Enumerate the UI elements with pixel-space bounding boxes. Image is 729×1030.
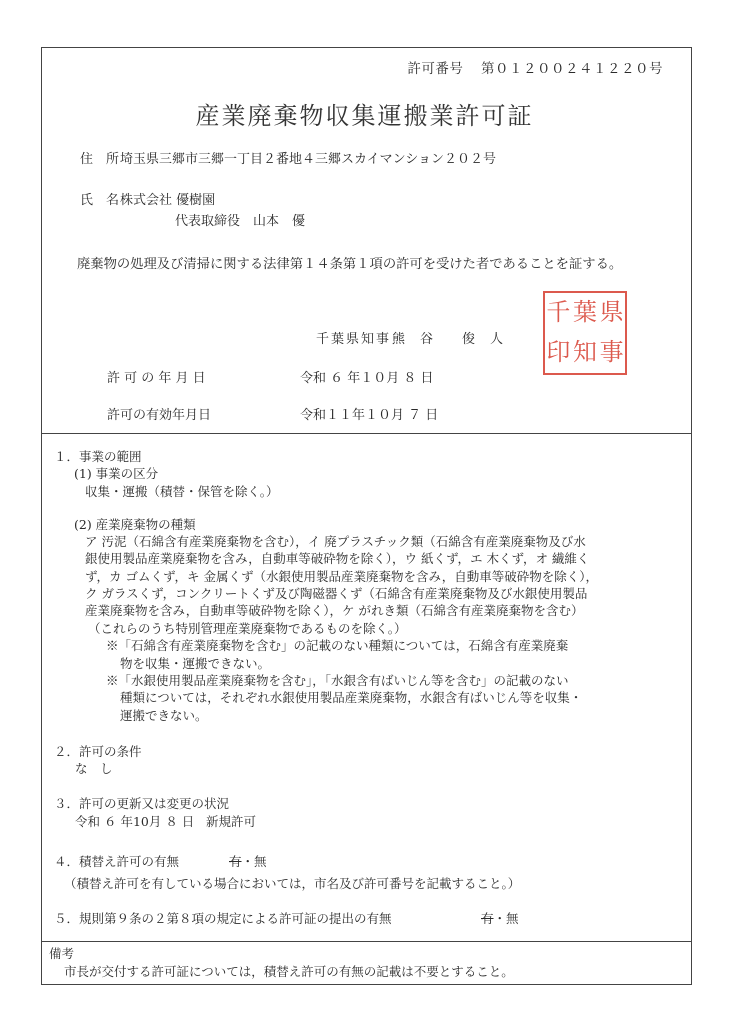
issuer-title: 千葉県知事 [316,332,391,348]
seal-char: 事 [598,333,625,373]
section-1-1-heading: (1) 事業の区分 [74,466,158,482]
note-mercury: ※「水銀使用製品産業廃棄物を含む」，「水銀含有ばいじん等を含む」の記載のない [106,673,569,689]
certificate-frame [41,47,692,985]
choice-yes-struck: 有 [229,854,242,869]
permit-date-label: 許 可 の 年 月 日 [107,371,206,387]
remarks-divider [41,941,692,942]
expiry-date-label: 許可の有効年月日 [107,408,211,424]
section-4-note: （積替え許可を有している場合においては，市名及び許可番号を記載すること。） [64,876,520,892]
choice-no: 無 [506,911,519,926]
section-1-1-body: 収集・運搬（積替・保管を除く。） [85,484,279,500]
seal-char: 印 [545,333,572,373]
waste-types-line: （これらのうち特別管理産業廃棄物であるものを除く。） [88,621,407,637]
section-4-choice: 有・無 [229,854,267,870]
section-2-body: な し [75,761,113,777]
note-mercury: 種類については，それぞれ水銀使用製品産業廃棄物，水銀含有ばいじん等を収集・ [120,690,582,706]
permit-number: 許可番号 第０１２００２４１２２０号 [407,61,663,77]
header-divider [41,433,692,434]
official-seal: 千 葉 県 印 知 事 [543,291,627,375]
section-2-heading: ２．許可の条件 [54,744,142,760]
remarks-body: 市長が交付する許可証については，積替え許可の有無の記載は不要とすること。 [64,964,514,980]
note-asbestos: 物を収集・運搬できない。 [120,656,270,672]
permit-number-value: 第０１２００２４１２２０号 [481,61,663,77]
section-5-choice: 有・無 [481,911,519,927]
note-mercury: 運搬できない。 [120,708,208,724]
expiry-date-value: 令和１１年１０月 ７ 日 [300,408,438,424]
certification-statement: 廃棄物の処理及び清掃に関する法律第１４条第１項の許可を受けた者であることを証する… [77,257,622,273]
choice-separator: ・ [494,911,507,926]
waste-types-line: 産業廃棄物を含み，自動車等破砕物を除く），ケ がれき類（石綿含有産業廃棄物を含む… [85,603,583,619]
section-1-2-heading: (2) 産業廃棄物の種類 [74,517,196,533]
address-label: 住 所 [80,152,119,168]
seal-char: 知 [572,333,599,373]
issuer-name: 熊 谷 俊 人 [392,332,504,348]
seal-char: 県 [598,293,625,333]
permit-number-label: 許可番号 [407,61,463,77]
address-value: 埼玉県三郷市三郷一丁目２番地４三郷スカイマンション２０２号 [120,152,496,168]
section-5-heading: ５．規則第９条の２第８項の規定による許可証の提出の有無 [54,911,392,927]
name-label: 氏 名 [80,193,119,209]
section-3-date: 令和 ６ 年10月 ８ 日 [75,814,194,830]
choice-no: 無 [254,854,267,869]
seal-char: 葉 [572,293,599,333]
section-3-heading: ３．許可の更新又は変更の状況 [54,796,229,812]
company-name: 株式会社 優樹園 [120,193,215,209]
choice-yes-struck: 有 [481,911,494,926]
note-asbestos: ※「石綿含有産業廃棄物を含む」の記載のない種類については，石綿含有産業廃棄 [106,638,568,654]
section-1-heading: １．事業の範囲 [54,449,142,465]
seal-char: 千 [545,293,572,333]
section-3-status: 新規許可 [206,814,256,830]
waste-types-line: 銀使用製品産業廃棄物を含み，自動車等破砕物を除く），ウ 紙くず，エ 木くず，オ … [85,551,589,567]
permit-date-value: 令和 ６ 年１０月 ８ 日 [300,371,434,387]
remarks-heading: 備考 [49,946,74,962]
choice-separator: ・ [242,854,255,869]
section-4-heading: ４．積替え許可の有無 [54,854,179,870]
waste-types-line: ク ガラスくず，コンクリートくず及び陶磁器くず（石綿含有産業廃棄物及び水銀使用製… [85,586,587,602]
document-title: 産業廃棄物収集運搬業許可証 [0,101,729,131]
waste-types-line: ア 汚泥（石綿含有産業廃棄物を含む），イ 廃プラスチック類（石綿含有産業廃棄物及… [85,534,586,550]
representative: 代表取締役 山本 優 [175,214,305,230]
waste-types-line: ず，カ ゴムくず，キ 金属くず（水銀使用製品産業廃棄物を含み，自動車等破砕物を除… [85,569,598,585]
